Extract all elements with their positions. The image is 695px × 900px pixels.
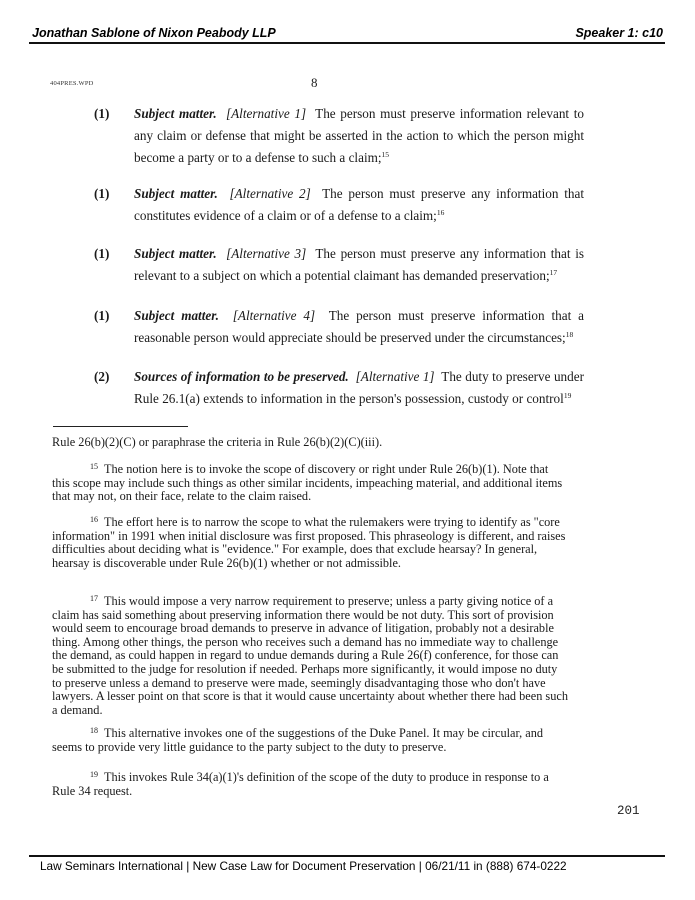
item-alternative: [Alternative 4] <box>233 308 315 323</box>
footnote-ref: 18 <box>566 330 574 339</box>
provision-item: (1) Subject matter. [Alternative 2] The … <box>94 183 584 227</box>
footnote-number: 16 <box>90 515 98 524</box>
provision-item: (1) Subject matter. [Alternative 4] The … <box>94 305 584 349</box>
item-alternative: [Alternative 1] <box>356 369 435 384</box>
item-number: (1) <box>94 183 109 205</box>
provision-item: (1) Subject matter. [Alternative 3] The … <box>94 243 584 287</box>
footnote: 15The notion here is to invoke the scope… <box>52 463 568 504</box>
item-heading: Subject matter. <box>134 246 217 261</box>
footnote-text: The effort here is to narrow the scope t… <box>52 515 565 570</box>
footnote-continuation: Rule 26(b)(2)(C) or paraphrase the crite… <box>52 436 568 450</box>
header-rule <box>29 42 665 44</box>
file-name: 404PRES.WPD <box>50 80 94 87</box>
footnote-ref: 17 <box>550 268 558 277</box>
page-number: 8 <box>311 75 318 91</box>
footnote: 18This alternative invokes one of the su… <box>52 727 568 754</box>
footer-text: Law Seminars International | New Case La… <box>40 859 567 873</box>
footnote-text: The notion here is to invoke the scope o… <box>52 462 562 503</box>
footnote-number: 15 <box>90 462 98 471</box>
provision-item: (1) Subject matter. [Alternative 1] The … <box>94 103 584 169</box>
item-heading: Subject matter. <box>134 106 217 121</box>
footnote-number: 19 <box>90 770 98 779</box>
item-alternative: [Alternative 1] <box>226 106 306 121</box>
footnote-number: 17 <box>90 594 98 603</box>
footnote-ref: 15 <box>382 150 390 159</box>
footnote: 19This invokes Rule 34(a)(1)'s definitio… <box>52 771 568 798</box>
header-author: Jonathan Sablone of Nixon Peabody LLP <box>32 26 276 40</box>
footnote-ref: 16 <box>437 208 445 217</box>
item-number: (2) <box>94 366 109 388</box>
item-number: (1) <box>94 243 109 265</box>
footer-rule <box>29 855 665 857</box>
footnote-separator <box>53 426 188 427</box>
page-stamp: 201 <box>617 804 640 818</box>
footnote: 17This would impose a very narrow requir… <box>52 595 568 717</box>
footnote-number: 18 <box>90 726 98 735</box>
item-heading: Subject matter. <box>134 186 218 201</box>
footnote: 16The effort here is to narrow the scope… <box>52 516 568 570</box>
header-speaker: Speaker 1: c10 <box>575 26 663 40</box>
footnote-text: This invokes Rule 34(a)(1)'s definition … <box>52 770 549 798</box>
item-heading: Sources of information to be preserved. <box>134 369 349 384</box>
item-alternative: [Alternative 3] <box>226 246 306 261</box>
item-number: (1) <box>94 103 109 125</box>
item-number: (1) <box>94 305 109 327</box>
provision-item: (2) Sources of information to be preserv… <box>94 366 584 410</box>
footnote-ref: 19 <box>564 391 572 400</box>
footnote-text: This alternative invokes one of the sugg… <box>52 726 543 754</box>
item-heading: Subject matter. <box>134 308 219 323</box>
item-alternative: [Alternative 2] <box>229 186 310 201</box>
footnote-text: This would impose a very narrow requirem… <box>52 594 568 717</box>
